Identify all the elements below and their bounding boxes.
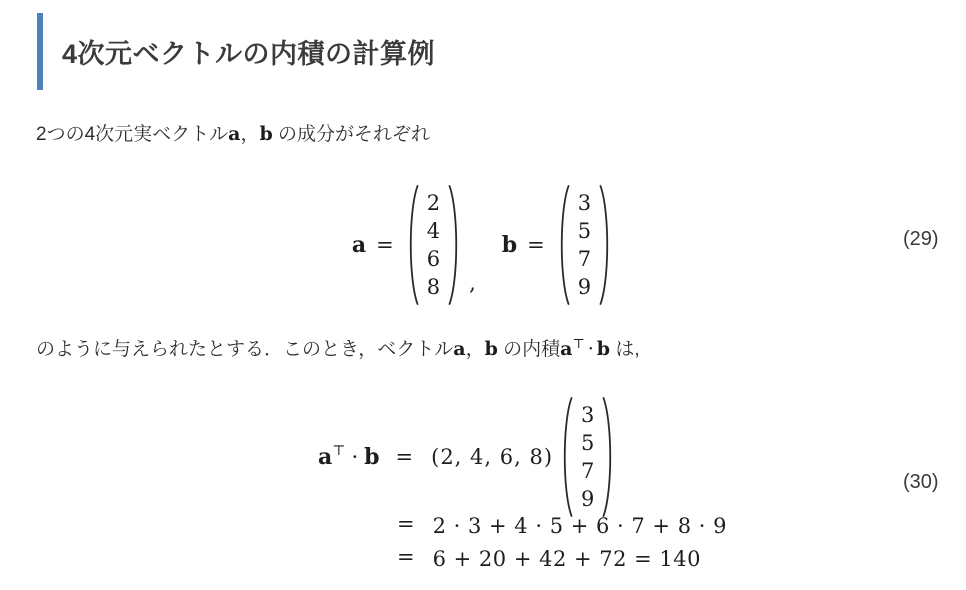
matrix-cell: 2 xyxy=(427,189,440,217)
equals-sign: = xyxy=(527,233,545,257)
dot-product-symbol: · xyxy=(585,338,597,360)
vector-a-symbol: a xyxy=(228,123,240,145)
left-paren-icon xyxy=(404,183,420,307)
right-paren-icon xyxy=(447,183,463,307)
vector-b-column: 3 5 7 9 xyxy=(555,183,614,307)
paragraph-text: 2つの4次元実ベクトル xyxy=(36,124,228,145)
right-paren-icon xyxy=(598,183,614,307)
equals-sign: = xyxy=(396,445,414,469)
vector-b-column: 3 5 7 9 xyxy=(558,395,617,519)
vector-a-symbol: a xyxy=(453,338,465,360)
expansion-expression: 2 · 3 + 4 · 5 + 6 · 7 + 8 · 9 xyxy=(433,512,727,540)
paragraph-comma: ， xyxy=(466,339,485,360)
matrix-cell: 9 xyxy=(581,485,594,513)
equals-sign: = xyxy=(376,233,394,257)
row-vector: (2, 4, 6, 8) xyxy=(431,445,553,469)
equals-sign: = xyxy=(397,545,415,573)
equals-sign: = xyxy=(397,512,415,540)
heading-accent-bar xyxy=(37,13,43,90)
vector-b-symbol: b xyxy=(259,123,272,145)
matrix-cell: 7 xyxy=(578,245,591,273)
page-title: 4次元ベクトルの内積の計算例 xyxy=(62,32,435,71)
left-paren-icon xyxy=(558,395,574,519)
vector-a-entries: 2 4 6 8 xyxy=(420,189,447,301)
vector-b-entries: 3 5 7 9 xyxy=(574,401,601,513)
result-expression: 6 + 20 + 42 + 72 = 140 xyxy=(433,545,701,573)
equation-number-29: (29) xyxy=(903,228,939,251)
vector-separator-comma: , xyxy=(469,271,476,295)
vector-a-symbol: a xyxy=(318,444,332,470)
equation-number-30: (30) xyxy=(903,471,939,494)
paragraph-text: の成分がそれぞれ xyxy=(273,124,430,145)
equation-30-line-2: = 2 · 3 + 4 · 5 + 6 · 7 + 8 · 9 xyxy=(397,512,727,540)
equation-30-line-1: a⊤·b = (2, 4, 6, 8) 3 5 7 9 xyxy=(318,393,617,521)
transpose-symbol: ⊤ xyxy=(572,337,584,352)
matrix-cell: 6 xyxy=(427,245,440,273)
paragraph-text: は, xyxy=(610,339,640,360)
vector-b-entries: 3 5 7 9 xyxy=(571,189,598,301)
body-paragraph: のように与えられたとする．このとき，ベクトルa，b の内積a⊤·b は, xyxy=(36,331,640,364)
vector-b-symbol: b xyxy=(485,338,498,360)
matrix-cell: 3 xyxy=(578,189,591,217)
vector-a-column: 2 4 6 8 xyxy=(404,183,463,307)
document-page: 4次元ベクトルの内積の計算例 2つの4次元実ベクトルa，b の成分がそれぞれ a… xyxy=(0,0,966,590)
equation-29: a = 2 4 6 8 , b = 3 5 7 9 xyxy=(0,182,966,308)
transpose-symbol: ⊤ xyxy=(332,443,345,459)
matrix-cell: 3 xyxy=(581,401,594,429)
left-paren-icon xyxy=(555,183,571,307)
matrix-cell: 5 xyxy=(578,217,591,245)
matrix-cell: 4 xyxy=(427,217,440,245)
vector-a-symbol: a xyxy=(352,232,366,258)
vector-b-symbol: b xyxy=(597,338,610,360)
section-heading: 4次元ベクトルの内積の計算例 xyxy=(37,13,435,90)
inner-product-lhs: a⊤·b xyxy=(318,444,380,470)
matrix-cell: 5 xyxy=(581,429,594,457)
matrix-cell: 8 xyxy=(427,273,440,301)
dot-product-symbol: · xyxy=(345,445,364,469)
vector-a-symbol: a xyxy=(560,338,572,360)
paragraph-text: のように与えられたとする．このとき，ベクトル xyxy=(36,339,453,360)
matrix-cell: 7 xyxy=(581,457,594,485)
matrix-cell: 9 xyxy=(578,273,591,301)
vector-b-symbol: b xyxy=(502,232,517,258)
right-paren-icon xyxy=(601,395,617,519)
paragraph-text: の内積 xyxy=(498,339,560,360)
paragraph-comma: ， xyxy=(240,124,259,145)
equation-30-line-3: = 6 + 20 + 42 + 72 = 140 xyxy=(397,545,701,573)
intro-paragraph: 2つの4次元実ベクトルa，b の成分がそれぞれ xyxy=(36,120,430,149)
vector-b-symbol: b xyxy=(364,444,379,470)
